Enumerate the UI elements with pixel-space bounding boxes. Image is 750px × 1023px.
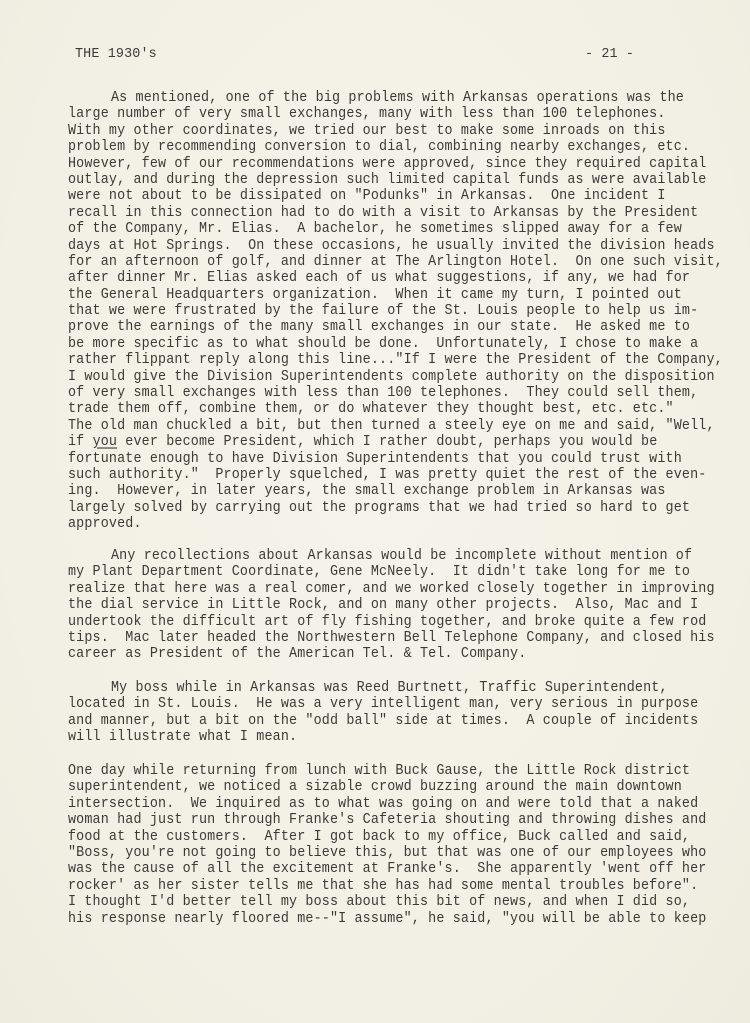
text-line: were not about to be dissipated on "Podu… [68, 188, 748, 206]
text-line: superintendent, we noticed a sizable cro… [68, 779, 748, 797]
text-line: woman had just run through Franke's Cafe… [68, 812, 748, 830]
text-line: rather flippant reply along this line...… [68, 352, 748, 370]
text-line: of the Company, Mr. Elias. A bachelor, h… [68, 221, 748, 239]
text-line: large number of very small exchanges, ma… [68, 106, 748, 124]
text-line: will illustrate what I mean. [68, 729, 748, 747]
text-line: the dial service in Little Rock, and on … [68, 597, 748, 615]
paragraph-gene-mcneely: Any recollections about Arkansas would b… [68, 549, 748, 664]
paragraph-arkansas-small-exchanges: As mentioned, one of the big problems wi… [68, 91, 748, 534]
text-line: career as President of the American Tel.… [68, 646, 748, 664]
text-line: his response nearly floored me--"I assum… [68, 911, 748, 929]
text-line: I thought I'd better tell my boss about … [68, 894, 748, 912]
paragraph-reed-burtnett: My boss while in Arkansas was Reed Burtn… [68, 681, 748, 747]
text-line: approved. [68, 516, 748, 534]
paragraph-buck-gause-incident: One day while returning from lunch with … [68, 764, 748, 928]
text-line: was the cause of all the excitement at F… [68, 861, 748, 879]
text-line: located in St. Louis. He was a very inte… [68, 696, 748, 714]
text-line: ing. However, in later years, the small … [68, 483, 748, 501]
text-line: my Plant Department Coordinate, Gene McN… [68, 564, 748, 582]
text-line: after dinner Mr. Elias asked each of us … [68, 270, 748, 288]
page-number: - 21 - [585, 47, 634, 62]
chapter-title: THE 1930's [75, 47, 157, 62]
underlined-emphasis: you [93, 434, 118, 451]
text-line: problem by recommending conversion to di… [68, 139, 748, 157]
text-line: if you ever become President, which I ra… [68, 434, 748, 452]
typed-document-page: THE 1930's - 21 - As mentioned, one of t… [0, 0, 750, 1023]
